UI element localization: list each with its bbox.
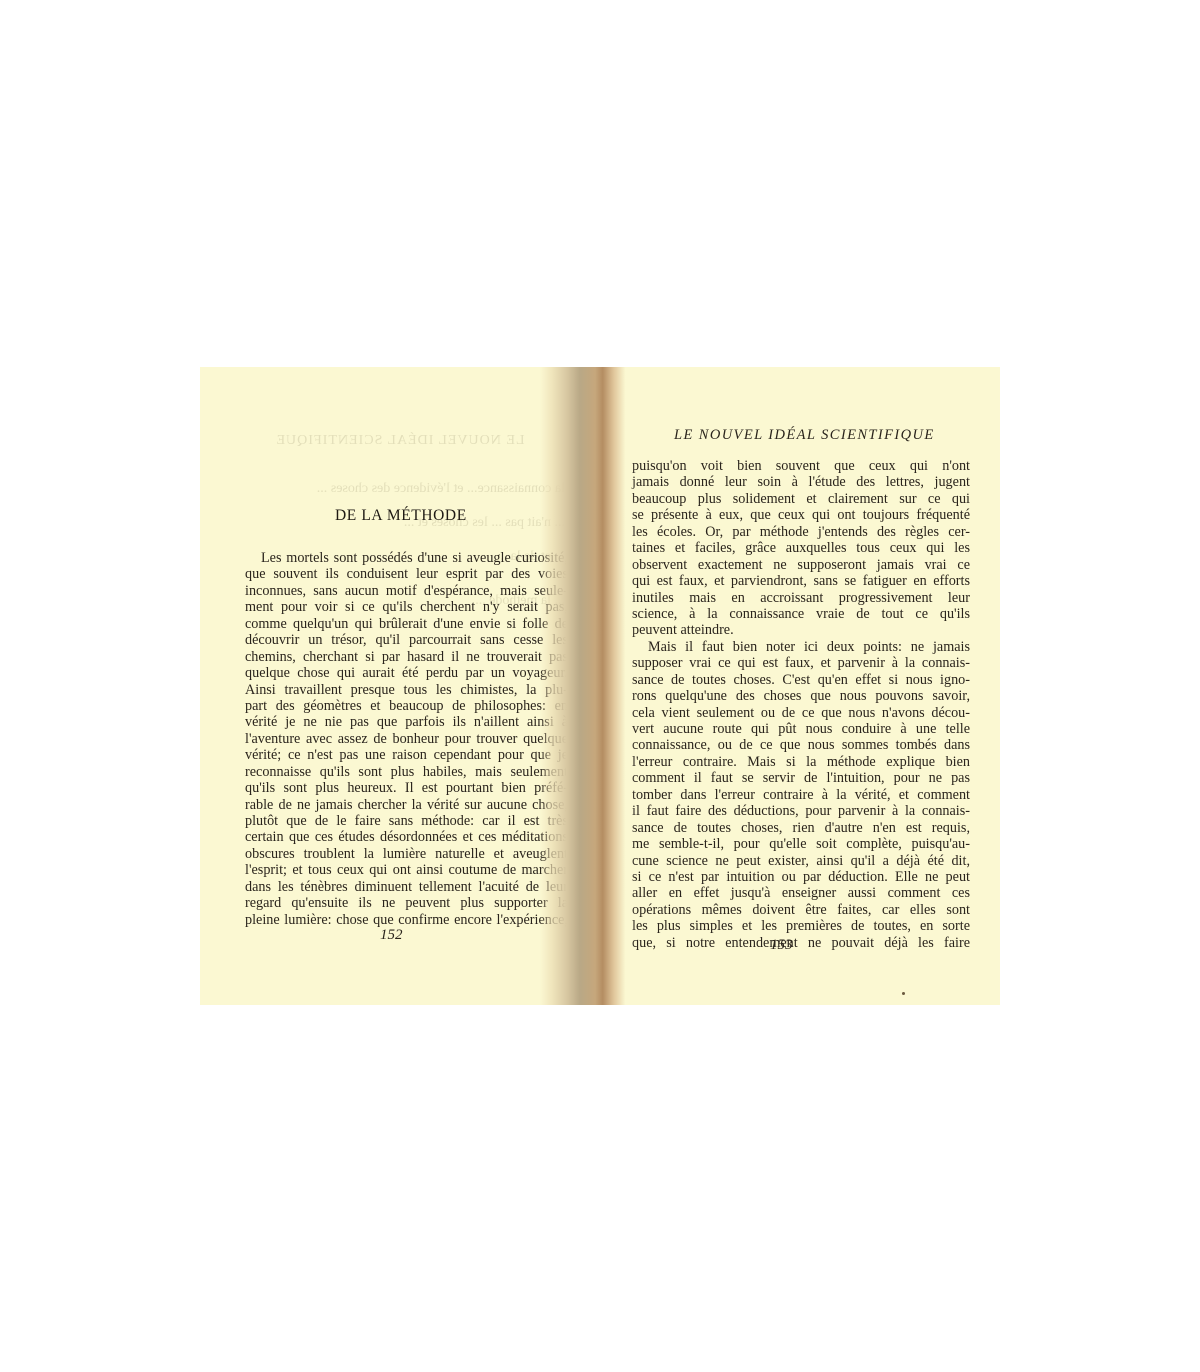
text-line: peuvent atteindre. — [632, 622, 970, 638]
text-line: cela vient seulement ou de ce que nous n… — [632, 705, 970, 721]
left-page: LE NOUVEL IDÉAL SCIENTIFIQUE la connaiss… — [200, 367, 570, 1005]
text-line: vérité je ne nie pas que parfois ils n'a… — [245, 714, 568, 730]
text-line: chemins, cherchant si par hasard il ne t… — [245, 649, 568, 665]
text-line: Ainsi travaillent presque tous les chimi… — [245, 682, 568, 698]
text-line: qu'ils sont plus heureux. Il est pourtan… — [245, 780, 568, 796]
running-head: LE NOUVEL IDÉAL SCIENTIFIQUE — [674, 427, 935, 444]
text-line: supposer vrai ce qui est faux, et parven… — [632, 655, 970, 671]
paper-speck — [902, 992, 905, 995]
text-line: quelque chose qui aurait été perdu par u… — [245, 665, 568, 681]
text-line: inutiles mais en accroissant progressive… — [632, 590, 970, 606]
text-line: reconnaisse qu'ils sont plus habiles, ma… — [245, 764, 568, 780]
text-line: que souvent ils conduisent leur esprit p… — [245, 566, 568, 582]
text-line: Les mortels sont possédés d'une si aveug… — [245, 550, 568, 566]
ghost-line: LE NOUVEL IDÉAL SCIENTIFIQUE — [235, 432, 565, 449]
text-line: beaucoup plus solidement et clairement s… — [632, 491, 970, 507]
page-number-right: 153 — [770, 937, 793, 954]
text-line: découvrir un trésor, qu'il parcourrait s… — [245, 632, 568, 648]
text-line: me semble-t-il, pour qu'elle soit complè… — [632, 836, 970, 852]
text-line: connaissance, ou de ce que nous sommes t… — [632, 737, 970, 753]
text-line: taines et faciles, grâce auxquelles tous… — [632, 540, 970, 556]
text-line: sance de toutes choses, rien d'autre n'e… — [632, 820, 970, 836]
text-line: pleine lumière: chose que confirme encor… — [245, 912, 568, 928]
right-page-body: puisqu'on voit bien souvent que ceux qui… — [632, 458, 970, 951]
text-line: aller en effet jusqu'à enseigner aussi c… — [632, 885, 970, 901]
text-line: il faut faire des déductions, pour parve… — [632, 803, 970, 819]
text-line: si ce n'est par intuition ou par déducti… — [632, 869, 970, 885]
text-line: observent exactement ne supposeront jama… — [632, 557, 970, 573]
text-line: sance de toutes choses. C'est qu'en effe… — [632, 672, 970, 688]
text-line: Mais il faut bien noter ici deux points:… — [632, 639, 970, 655]
text-line: se présente à eux, que ceux qui ont touj… — [632, 507, 970, 523]
book-spread: LE NOUVEL IDÉAL SCIENTIFIQUE la connaiss… — [200, 367, 1000, 1005]
text-line: l'erreur contraire. Mais si la méthode e… — [632, 754, 970, 770]
chapter-title: DE LA MÉTHODE — [335, 507, 467, 525]
text-line: certain que ces études désordonnées et c… — [245, 829, 568, 845]
text-line: obscures troublent la lumière naturelle … — [245, 846, 568, 862]
text-line: l'aventure avec assez de bonheur pour tr… — [245, 731, 568, 747]
text-line: rons quelqu'une des choses que nous pouv… — [632, 688, 970, 704]
text-line: les écoles. Or, par méthode j'entends de… — [632, 524, 970, 540]
text-line: comment il faut se servir de l'intuition… — [632, 770, 970, 786]
text-line: les plus simples et les premières de tou… — [632, 918, 970, 934]
text-line: regard qu'ensuite ils ne peuvent plus su… — [245, 895, 568, 911]
text-line: l'esprit; et tous ceux qui ont ainsi cou… — [245, 862, 568, 878]
text-line: rable de ne jamais chercher la vérité su… — [245, 797, 568, 813]
text-line: cune science ne peut exister, ainsi qu'i… — [632, 853, 970, 869]
text-line: part des géomètres et beaucoup de philos… — [245, 698, 568, 714]
text-line: plutôt que de le faire sans méthode: car… — [245, 813, 568, 829]
text-line: inconnues, sans aucun motif d'espérance,… — [245, 583, 568, 599]
text-line: que, si notre entendement ne pouvait déj… — [632, 935, 970, 951]
text-line: qui est faux, et parviendront, sans se f… — [632, 573, 970, 589]
text-line: tomber dans l'erreur contraire à la véri… — [632, 787, 970, 803]
text-line: ment pour voir si ce qu'ils cherchent n'… — [245, 599, 568, 615]
text-line: puisqu'on voit bien souvent que ceux qui… — [632, 458, 970, 474]
text-line: vérité; ce n'est pas une raison cependan… — [245, 747, 568, 763]
text-line: comme quelqu'un qui brûlerait d'une envi… — [245, 616, 568, 632]
ghost-line: la connaissance... et l'évidence des cho… — [235, 480, 565, 497]
text-line: jamais donné leur soin à l'étude des let… — [632, 474, 970, 490]
text-line: science, à la connaissance vraie de tout… — [632, 606, 970, 622]
left-page-body: Les mortels sont possédés d'une si aveug… — [245, 550, 568, 928]
text-line: vert aucune route qui pût nous conduire … — [632, 721, 970, 737]
text-line: dans les ténèbres diminuent tellement l'… — [245, 879, 568, 895]
right-page: LE NOUVEL IDÉAL SCIENTIFIQUE puisqu'on v… — [620, 367, 1000, 1005]
text-line: opérations mêmes doivent être faites, ca… — [632, 902, 970, 918]
page-number-left: 152 — [380, 927, 403, 944]
